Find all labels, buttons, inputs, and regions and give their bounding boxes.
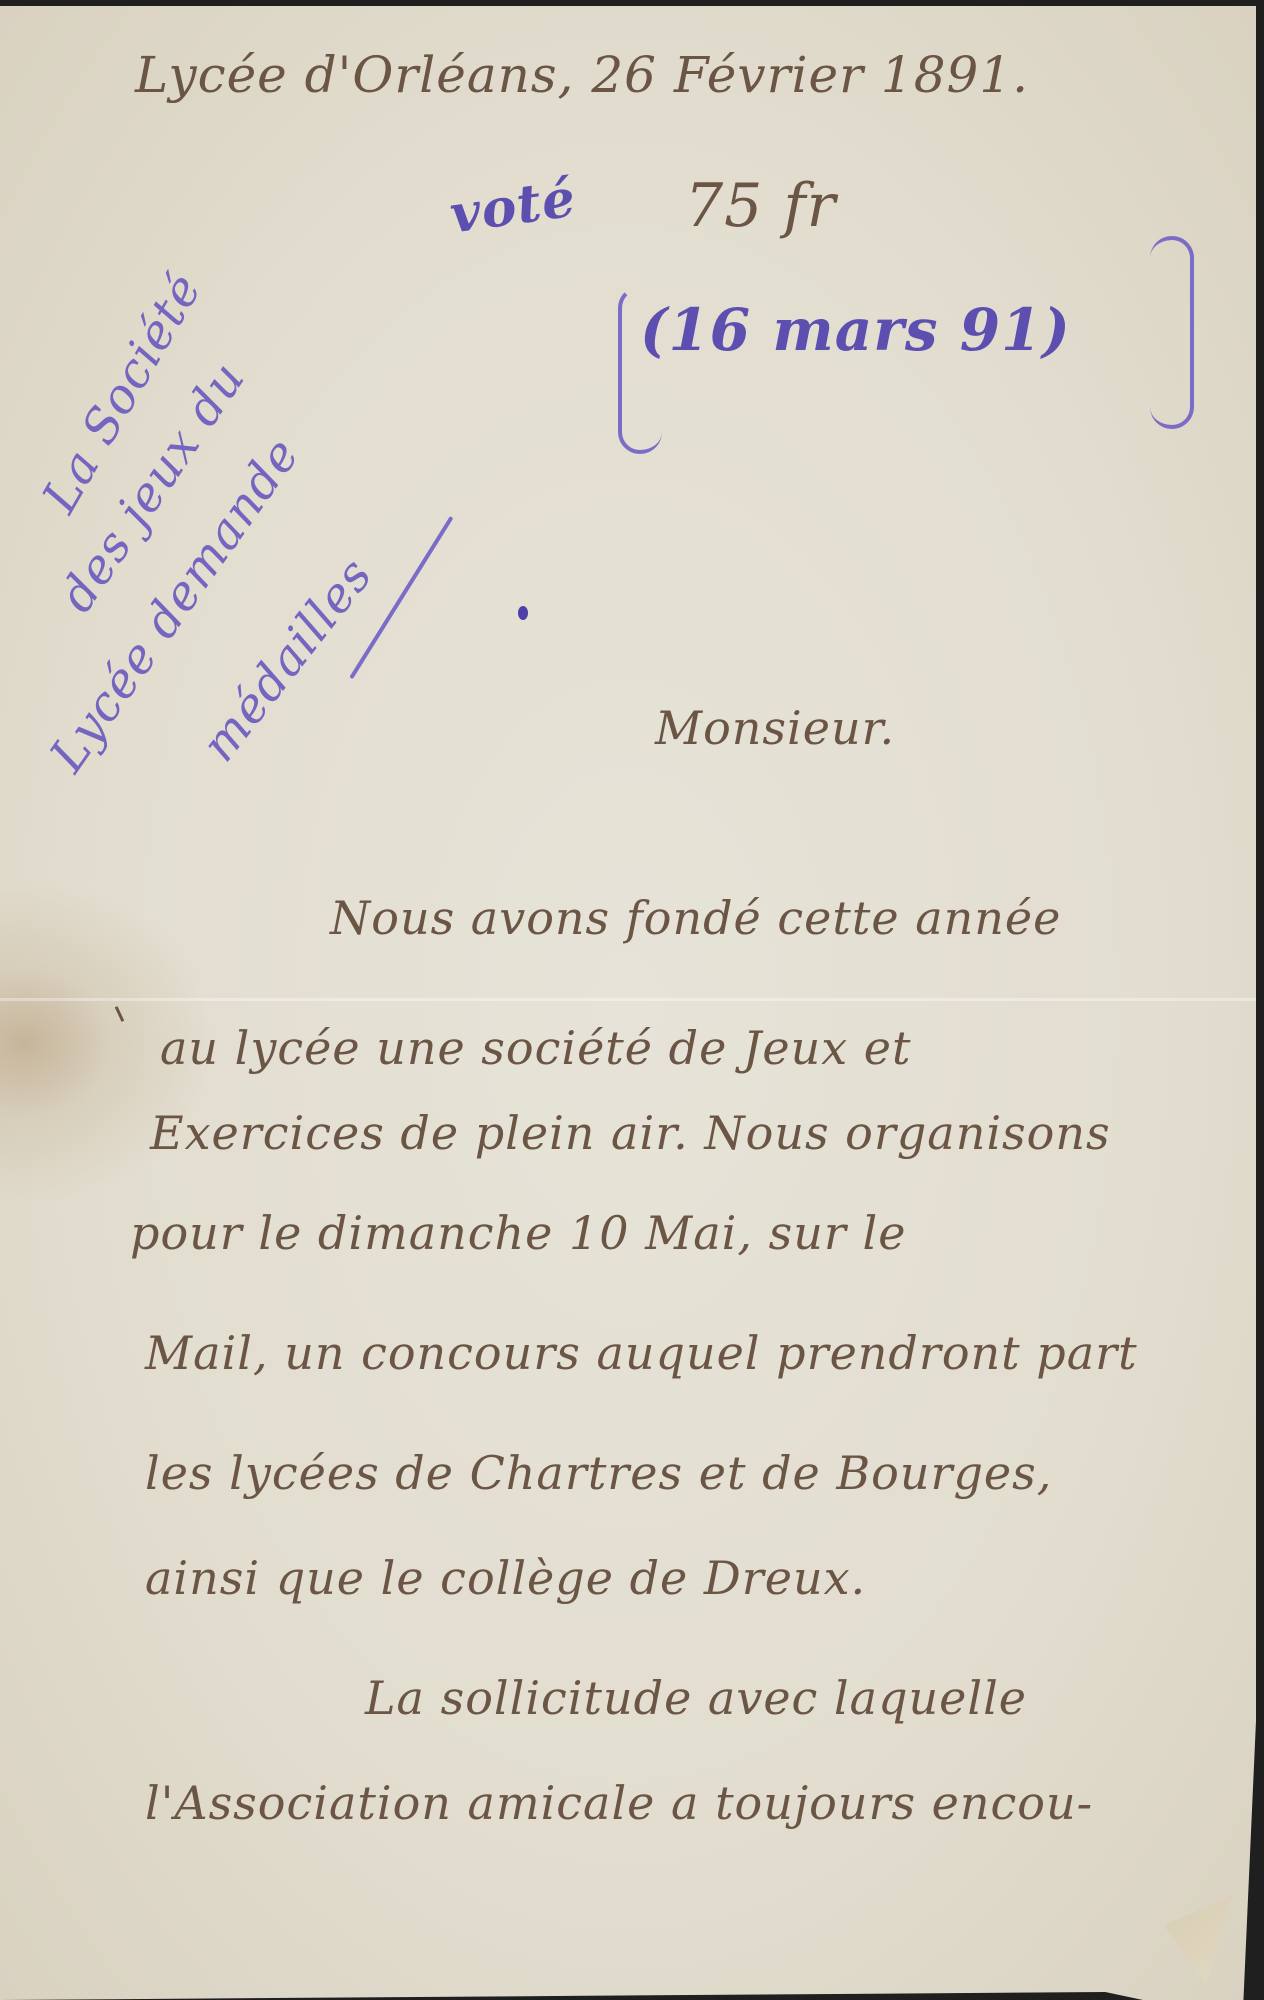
- body-line-9: l'Association amicale a toujours encou-: [145, 1776, 1093, 1830]
- letter-place-date: Lycée d'Orléans, 26 Février 1891.: [135, 46, 1029, 104]
- body-line-1: Nous avons fondé cette année: [330, 891, 1061, 945]
- body-line-5: Mail, un concours auquel prendront part: [145, 1326, 1138, 1380]
- salutation: Monsieur.: [655, 701, 895, 755]
- ink-dot: [518, 606, 528, 620]
- folded-corner: [1164, 1894, 1234, 1984]
- letter-page: Lycée d'Orléans, 26 Février 1891. La Soc…: [0, 6, 1256, 2000]
- paper-fold-line: [0, 998, 1256, 1001]
- body-line-2: au lycée une société de Jeux et: [160, 1021, 911, 1075]
- annotation-voted: voté: [446, 168, 579, 246]
- bracket-right: [1150, 236, 1194, 429]
- body-line-6: les lycées de Chartres et de Bourges,: [145, 1446, 1052, 1500]
- body-line-7: ainsi que le collège de Dreux.: [145, 1551, 866, 1605]
- annotation-vote-date: (16 mars 91): [640, 296, 1071, 364]
- body-line-3: Exercices de plein air. Nous organisons: [150, 1106, 1111, 1160]
- stray-mark: [115, 1006, 124, 1022]
- body-line-4: pour le dimanche 10 Mai, sur le: [130, 1206, 906, 1260]
- annotation-amount: 75 fr: [685, 171, 836, 241]
- body-line-8: La sollicitude avec laquelle: [365, 1671, 1027, 1725]
